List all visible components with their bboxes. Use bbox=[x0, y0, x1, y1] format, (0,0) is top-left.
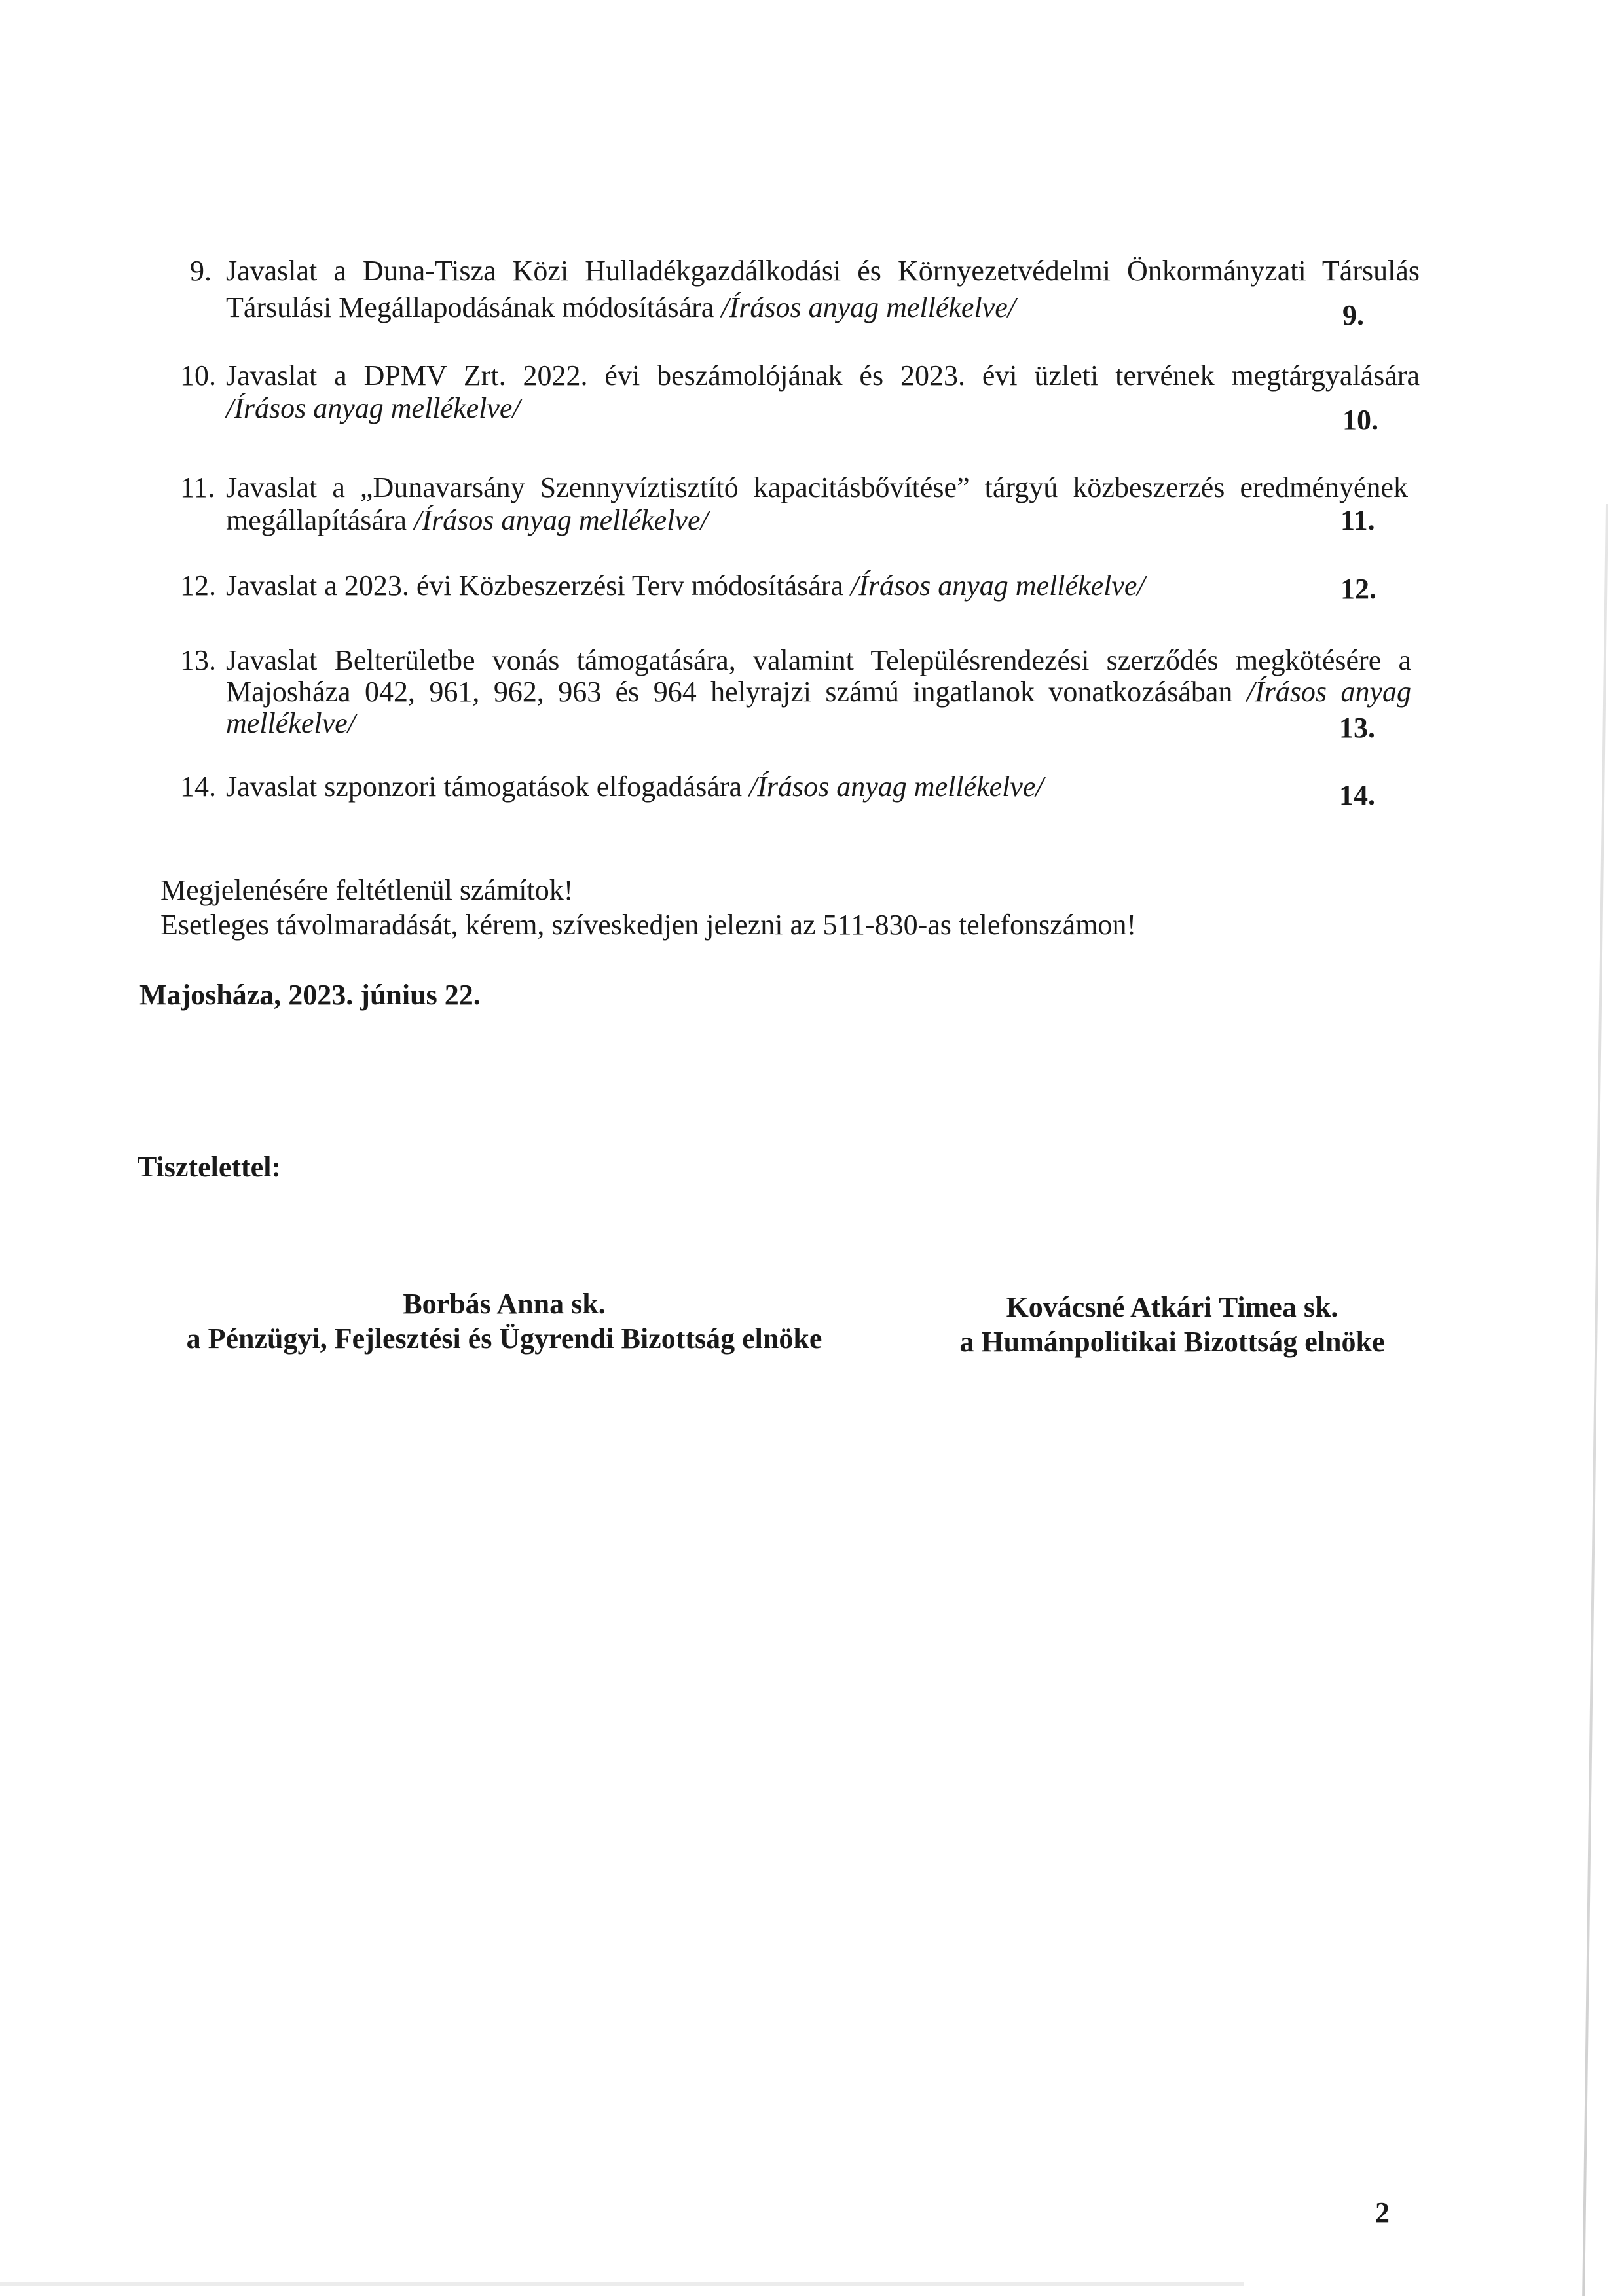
signer-title: a Pénzügyi, Fejlesztési és Ügyrendi Bizo… bbox=[157, 1321, 851, 1356]
attachment-note: mellékelve/ bbox=[226, 707, 356, 739]
scan-edge-horizontal bbox=[0, 2282, 1244, 2286]
item-number: 11. bbox=[180, 473, 215, 502]
item-text-line: Társulási Megállapodásának módosítására … bbox=[226, 293, 1016, 322]
signer-name: Kovácsné Atkári Timea sk. bbox=[936, 1290, 1408, 1324]
attachment-note: /Írásos anyag bbox=[1247, 676, 1411, 708]
item-text-line: Javaslat szponzori támogatások elfogadás… bbox=[226, 773, 1044, 801]
signature-block-left: Borbás Anna sk. a Pénzügyi, Fejlesztési … bbox=[157, 1286, 851, 1356]
attachment-note: /Írásos anyag mellékelve/ bbox=[226, 392, 521, 424]
item-text-line: Javaslat a 2023. évi Közbeszerzési Terv … bbox=[226, 572, 1145, 600]
item-text-line: Javaslat a „Dunavarsány Szennyvíztisztít… bbox=[226, 473, 1408, 502]
item-text-line: Javaslat a Duna-Tisza Közi Hulladékgazdá… bbox=[226, 257, 1420, 285]
attachment-note: /Írásos anyag mellékelve/ bbox=[749, 771, 1044, 803]
closing-line-1: Megjelenésére feltétlenül számítok! bbox=[160, 876, 573, 905]
item-number: 10. bbox=[180, 361, 216, 390]
page-reference: 14. bbox=[1339, 781, 1375, 810]
item-number: 9. bbox=[190, 257, 212, 285]
signature-block-right: Kovácsné Atkári Timea sk. a Humánpolitik… bbox=[936, 1290, 1408, 1359]
attachment-note: /Írásos anyag mellékelve/ bbox=[851, 570, 1145, 602]
salutation: Tisztelettel: bbox=[138, 1153, 281, 1182]
page-reference: 13. bbox=[1339, 714, 1375, 742]
page-reference: 12. bbox=[1340, 575, 1376, 604]
page-reference: 9. bbox=[1342, 301, 1364, 330]
page-reference: 10. bbox=[1342, 406, 1378, 435]
signer-name: Borbás Anna sk. bbox=[157, 1286, 851, 1321]
item-text-line: megállapítására /Írásos anyag mellékelve… bbox=[226, 506, 709, 535]
closing-line-2: Esetleges távolmaradását, kérem, szívesk… bbox=[160, 911, 1136, 939]
signer-title: a Humánpolitikai Bizottság elnöke bbox=[936, 1324, 1408, 1359]
item-text-line: Majosháza 042, 961, 962, 963 és 964 hely… bbox=[226, 678, 1411, 706]
item-number: 12. bbox=[180, 572, 216, 600]
item-text-line: Javaslat Belterületbe vonás támogatására… bbox=[226, 646, 1411, 675]
attachment-note: /Írásos anyag mellékelve/ bbox=[414, 504, 709, 536]
attachment-note: /Írásos anyag mellékelve/ bbox=[721, 291, 1016, 323]
item-text-line: Javaslat a DPMV Zrt. 2022. évi beszámoló… bbox=[226, 361, 1420, 390]
page-number: 2 bbox=[1375, 2198, 1390, 2227]
scan-edge-vertical bbox=[1582, 504, 1608, 2296]
item-text-line: mellékelve/ bbox=[226, 709, 356, 738]
place-date: Majosháza, 2023. június 22. bbox=[139, 981, 481, 1010]
item-text-line: /Írásos anyag mellékelve/ bbox=[226, 394, 521, 423]
item-number: 13. bbox=[180, 646, 216, 675]
item-number: 14. bbox=[180, 773, 216, 801]
page-reference: 11. bbox=[1340, 506, 1375, 535]
